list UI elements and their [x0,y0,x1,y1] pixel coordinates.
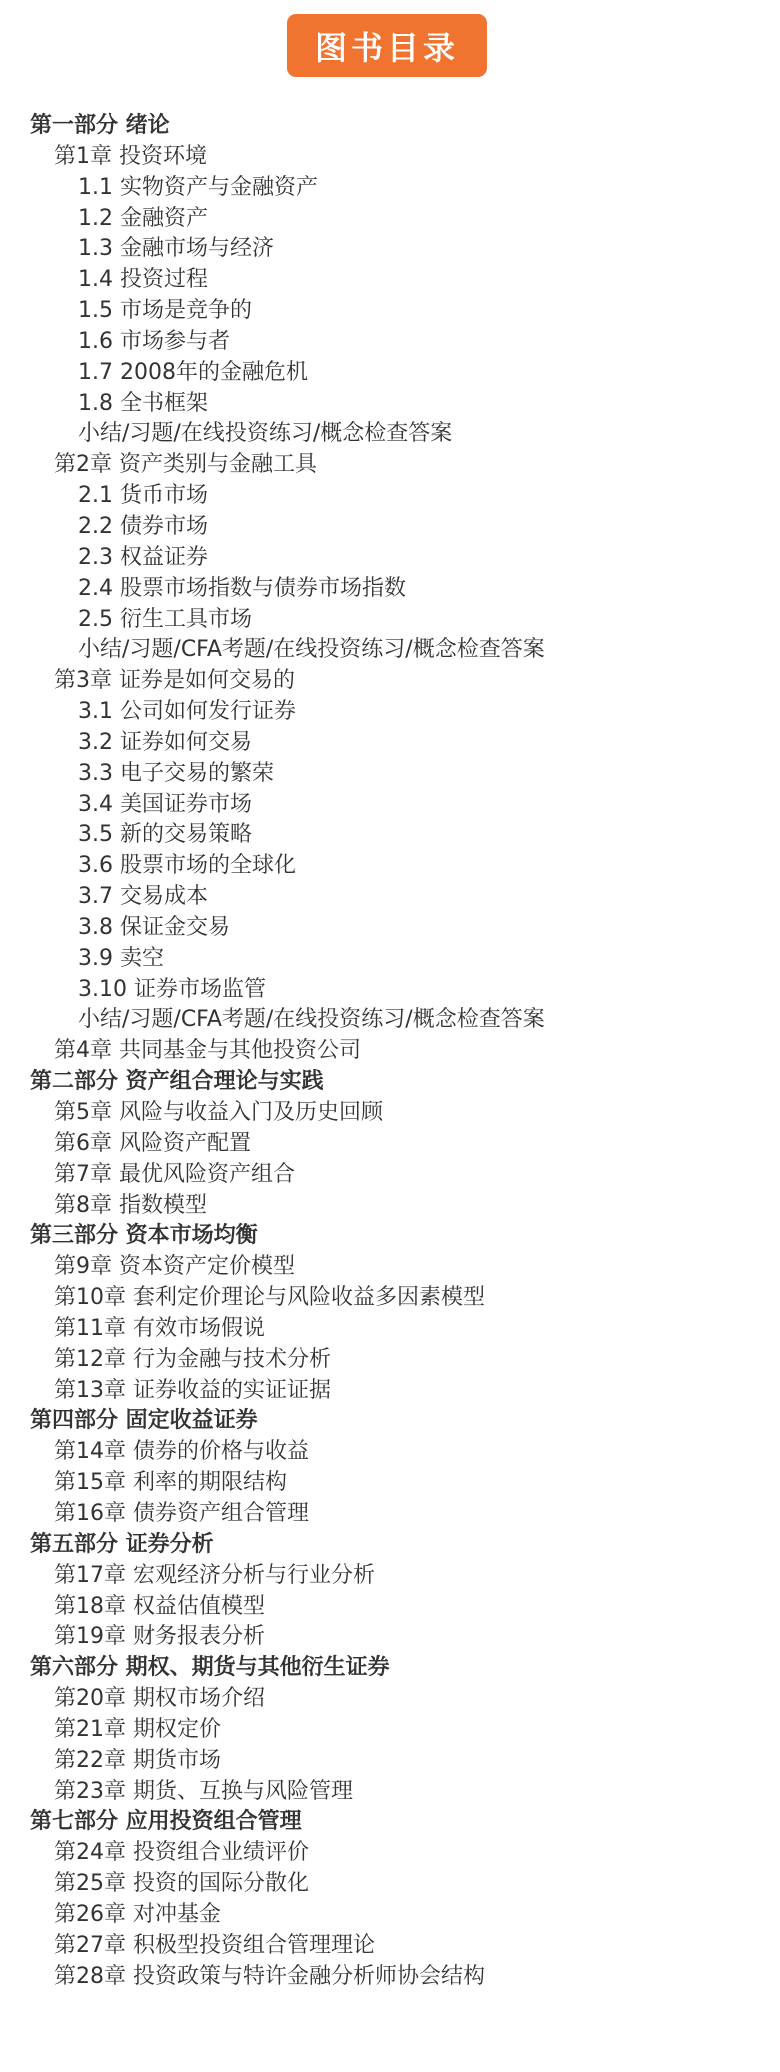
toc-part: 第三部分 资本市场均衡 [0,1221,780,1252]
toc-section: 3.7 交易成本 [0,882,780,913]
toc-chapter: 第21章 期权定价 [0,1715,780,1746]
toc-part: 第二部分 资产组合理论与实践 [0,1067,780,1098]
toc-section: 1.7 2008年的金融危机 [0,358,780,389]
toc-chapter: 第20章 期权市场介绍 [0,1684,780,1715]
toc-section: 3.5 新的交易策略 [0,820,780,851]
toc-chapter: 第24章 投资组合业绩评价 [0,1838,780,1869]
toc-part: 第六部分 期权、期货与其他衍生证券 [0,1653,780,1684]
toc-chapter: 第15章 利率的期限结构 [0,1468,780,1499]
toc-section: 3.4 美国证券市场 [0,790,780,821]
toc-chapter: 第7章 最优风险资产组合 [0,1160,780,1191]
toc-chapter: 第25章 投资的国际分散化 [0,1869,780,1900]
toc-section: 3.1 公司如何发行证券 [0,697,780,728]
toc-section: 3.10 证券市场监管 [0,975,780,1006]
toc-chapter: 第8章 指数模型 [0,1191,780,1222]
toc-chapter: 第2章 资产类别与金融工具 [0,450,780,481]
toc-section: 1.3 金融市场与经济 [0,234,780,265]
toc-chapter: 第4章 共同基金与其他投资公司 [0,1036,780,1067]
toc-chapter: 第6章 风险资产配置 [0,1129,780,1160]
toc-chapter: 第17章 宏观经济分析与行业分析 [0,1561,780,1592]
toc-section: 2.3 权益证券 [0,543,780,574]
toc-section: 3.3 电子交易的繁荣 [0,759,780,790]
toc-section: 1.1 实物资产与金融资产 [0,173,780,204]
toc-section: 2.4 股票市场指数与债券市场指数 [0,574,780,605]
page-title: 图书目录 [315,23,459,69]
toc-section: 1.6 市场参与者 [0,327,780,358]
toc-chapter: 第28章 投资政策与特许金融分析师协会结构 [0,1962,780,1993]
title-badge: 图书目录 [287,14,487,77]
toc-chapter: 第23章 期货、互换与风险管理 [0,1777,780,1808]
toc-chapter: 第3章 证券是如何交易的 [0,666,780,697]
toc-part: 第四部分 固定收益证券 [0,1406,780,1437]
toc-chapter: 第14章 债券的价格与收益 [0,1437,780,1468]
toc-chapter: 第13章 证券收益的实证证据 [0,1376,780,1407]
toc-section: 3.6 股票市场的全球化 [0,851,780,882]
toc-chapter: 第1章 投资环境 [0,142,780,173]
toc-section: 1.8 全书框架 [0,389,780,420]
toc-chapter: 第9章 资本资产定价模型 [0,1252,780,1283]
toc-section: 小结/习题/CFA考题/在线投资练习/概念检查答案 [0,635,780,666]
toc-section: 3.9 卖空 [0,944,780,975]
table-of-contents: 第一部分 绪论第1章 投资环境1.1 实物资产与金融资产1.2 金融资产1.3 … [0,111,780,1992]
toc-part: 第七部分 应用投资组合管理 [0,1807,780,1838]
toc-section: 2.1 货币市场 [0,481,780,512]
toc-chapter: 第22章 期货市场 [0,1746,780,1777]
toc-chapter: 第10章 套利定价理论与风险收益多因素模型 [0,1283,780,1314]
toc-section: 1.4 投资过程 [0,265,780,296]
toc-chapter: 第16章 债券资产组合管理 [0,1499,780,1530]
toc-section: 小结/习题/在线投资练习/概念检查答案 [0,419,780,450]
toc-chapter: 第5章 风险与收益入门及历史回顾 [0,1098,780,1129]
toc-section: 1.5 市场是竞争的 [0,296,780,327]
toc-chapter: 第11章 有效市场假说 [0,1314,780,1345]
toc-section: 小结/习题/CFA考题/在线投资练习/概念检查答案 [0,1005,780,1036]
toc-chapter: 第27章 积极型投资组合管理理论 [0,1931,780,1962]
toc-section: 3.2 证券如何交易 [0,728,780,759]
toc-chapter: 第12章 行为金融与技术分析 [0,1345,780,1376]
toc-part: 第一部分 绪论 [0,111,780,142]
toc-section: 2.2 债券市场 [0,512,780,543]
toc-section: 2.5 衍生工具市场 [0,605,780,636]
toc-chapter: 第26章 对冲基金 [0,1900,780,1931]
toc-section: 1.2 金融资产 [0,204,780,235]
toc-chapter: 第18章 权益估值模型 [0,1592,780,1623]
toc-section: 3.8 保证金交易 [0,913,780,944]
toc-part: 第五部分 证券分析 [0,1530,780,1561]
toc-chapter: 第19章 财务报表分析 [0,1622,780,1653]
